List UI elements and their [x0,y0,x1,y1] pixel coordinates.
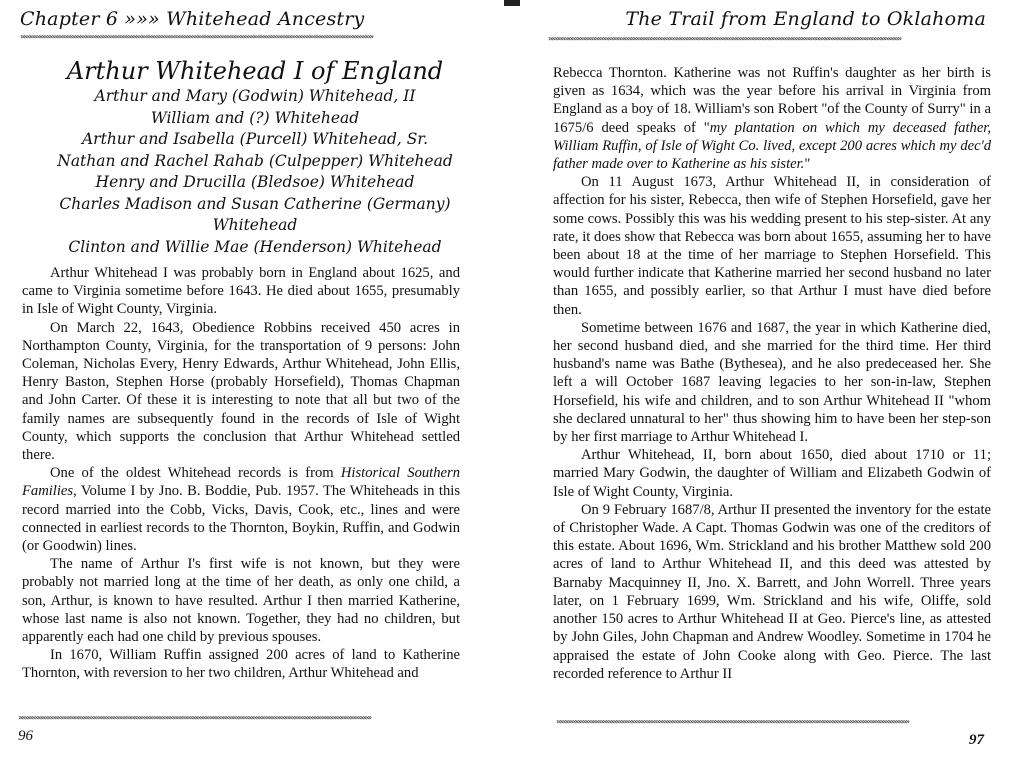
paragraph: The name of Arthur I's first wife is not… [22,555,460,646]
left-page-number: 96 [18,728,33,745]
lineage-title: Arthur Whitehead I of England [22,56,488,86]
lineage-generation: Clinton and Willie Mae (Henderson) White… [22,237,488,259]
paragraph: Sometime between 1676 and 1687, the year… [553,319,991,446]
book-spread: Chapter 6 »»» Whitehead Ancestry »»»»»»»… [0,0,1024,761]
paragraph: On 11 August 1673, Arthur Whitehead II, … [553,173,991,319]
paragraph: Rebecca Thornton. Katherine was not Ruff… [553,64,991,173]
right-footer-rule: »»»»»»»»»»»»»»»»»»»»»»»»»»»»»»»»»»»»»»»»… [556,717,990,726]
lineage-block: Arthur Whitehead I of England Arthur and… [22,56,488,258]
right-header-rule: »»»»»»»»»»»»»»»»»»»»»»»»»»»»»»»»»»»»»»»»… [548,34,986,43]
left-page: Chapter 6 »»» Whitehead Ancestry »»»»»»»… [0,0,512,761]
right-running-head: The Trail from England to Oklahoma [625,8,986,30]
paragraph-text: One of the oldest Whitehead records is f… [50,465,341,481]
paragraph: Arthur Whitehead, II, born about 1650, d… [553,446,991,501]
lineage-generation: Arthur and Mary (Godwin) Whitehead, II [22,86,488,108]
paragraph-text: " [804,156,810,172]
lineage-generation: Nathan and Rachel Rahab (Culpepper) Whit… [22,151,488,173]
paragraph: One of the oldest Whitehead records is f… [22,464,460,555]
right-page-number: 97 [969,732,984,749]
right-body-text: Rebecca Thornton. Katherine was not Ruff… [553,64,991,683]
lineage-generation: Arthur and Isabella (Purcell) Whitehead,… [22,129,488,151]
left-footer-rule: »»»»»»»»»»»»»»»»»»»»»»»»»»»»»»»»»»»»»»»»… [18,713,454,722]
lineage-generation: Charles Madison and Susan Catherine (Ger… [22,194,488,237]
paragraph: On March 22, 1643, Obedience Robbins rec… [22,319,460,465]
paragraph: In 1670, William Ruffin assigned 200 acr… [22,646,460,682]
left-header-rule: »»»»»»»»»»»»»»»»»»»»»»»»»»»»»»»»»»»»»»»»… [20,32,454,41]
paragraph-text: , Volume I by Jno. B. Boddie, Pub. 1957.… [22,483,460,554]
left-body-text: Arthur Whitehead I was probably born in … [22,264,460,683]
paragraph: Arthur Whitehead I was probably born in … [22,264,460,319]
left-running-head: Chapter 6 »»» Whitehead Ancestry [20,8,365,30]
lineage-generation: William and (?) Whitehead [22,108,488,130]
lineage-generation: Henry and Drucilla (Bledsoe) Whitehead [22,172,488,194]
paragraph: On 9 February 1687/8, Arthur II presente… [553,501,991,683]
